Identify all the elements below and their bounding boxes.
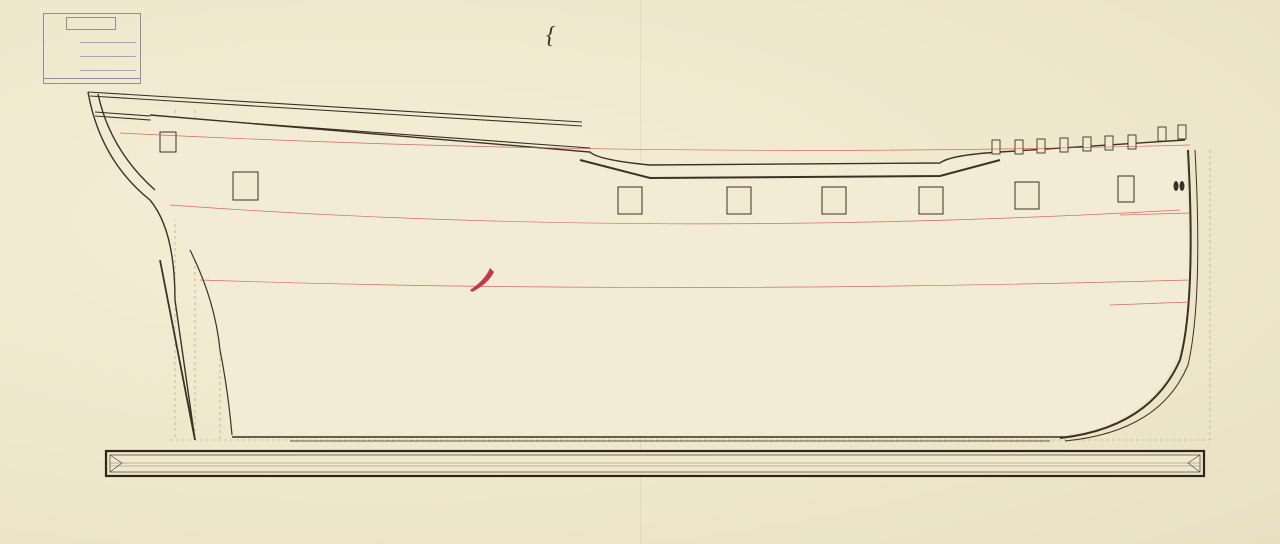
stern-light <box>1174 181 1179 191</box>
scale-bar <box>106 451 1204 476</box>
ship-frame-drawing <box>0 0 1280 544</box>
plan-sheet: { <box>0 0 1280 544</box>
stern-light <box>1180 181 1185 191</box>
